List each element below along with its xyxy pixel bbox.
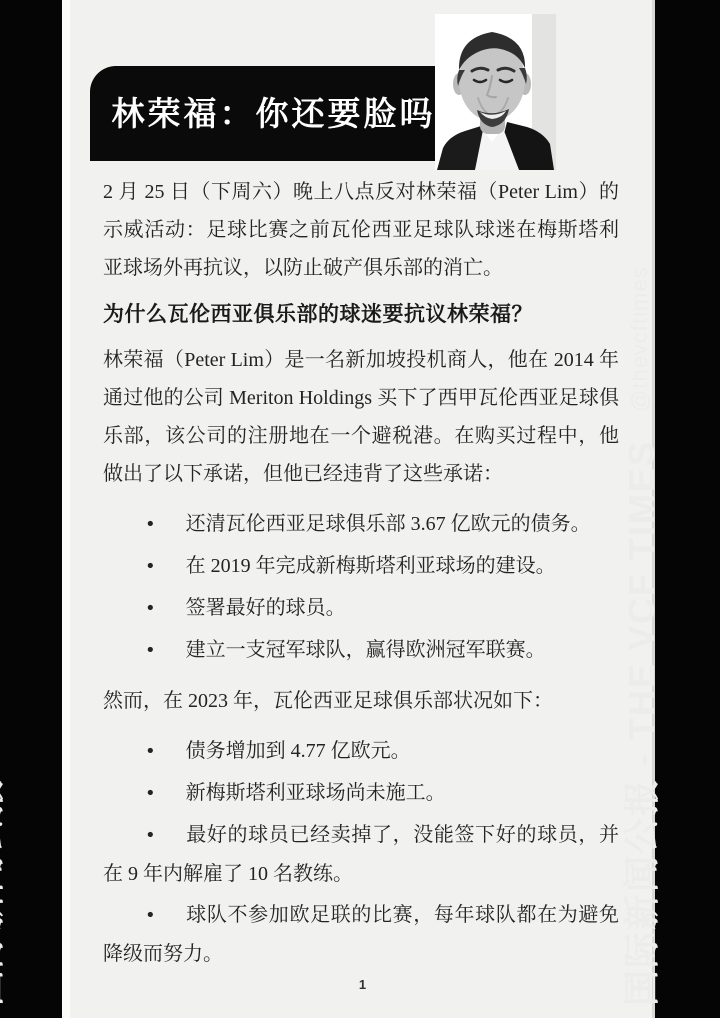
peter-lim-photo (435, 14, 556, 170)
list-item-text: 在 2019 年完成新梅斯塔利亚球场的建设。 (186, 555, 556, 577)
list-item-text: 签署最好的球员。 (186, 597, 346, 619)
list-item-text: 最好的球员已经卖掉了，没能签下好的球员，并在 9 年内解雇了 10 名教练。 (103, 824, 619, 885)
list-item: •在 2019 年完成新梅斯塔利亚球场的建设。 (103, 547, 619, 586)
list-item-text: 债务增加到 4.77 亿欧元。 (186, 740, 411, 762)
bullet-icon: • (145, 598, 156, 619)
article-title: 林荣福：你还要脸吗？ (112, 94, 472, 133)
list-item: •债务增加到 4.77 亿欧元。 (103, 732, 619, 771)
list-item: •最好的球员已经卖掉了，没能签下好的球员，并在 9 年内解雇了 10 名教练。 (103, 816, 619, 893)
status-paragraph: 然而，在 2023 年，瓦伦西亚足球俱乐部状况如下： (103, 682, 619, 720)
bullet-icon: • (145, 825, 156, 846)
bullet-icon: • (145, 640, 156, 661)
list-item-text: 建立一支冠军球队，赢得欧洲冠军联赛。 (186, 639, 546, 661)
list-item-text: 还清瓦伦西亚足球俱乐部 3.67 亿欧元的债务。 (186, 513, 591, 535)
left-masthead-text-group: 国际新闻公报 - THE VCF TIMES @thevcftimes (0, 266, 10, 1006)
list-item: •签署最好的球员。 (103, 589, 619, 628)
list-item: •球队不参加欧足联的比赛，每年球队都在为避免降级而努力。 (103, 896, 619, 973)
list-item: •还清瓦伦西亚足球俱乐部 3.67 亿欧元的债务。 (103, 505, 619, 544)
masthead-title: 国际新闻公报 - THE VCF TIMES (0, 440, 10, 1006)
list-item-text: 新梅斯塔利亚球场尚未施工。 (186, 782, 446, 804)
section-heading: 为什么瓦伦西亚俱乐部的球迷要抗议林荣福？ (103, 299, 619, 331)
list-item-text: 球队不参加欧足联的比赛，每年球队都在为避免降级而努力。 (103, 904, 619, 965)
list-item: •建立一支冠军球队，赢得欧洲冠军联赛。 (103, 631, 619, 670)
flyer-page: 国际新闻公报 - THE VCF TIMES @thevcftimes 国际新闻… (0, 0, 720, 1018)
left-masthead-bar: 国际新闻公报 - THE VCF TIMES @thevcftimes (0, 0, 62, 1018)
promises-list: •还清瓦伦西亚足球俱乐部 3.67 亿欧元的债务。 •在 2019 年完成新梅斯… (103, 505, 619, 670)
list-item: •新梅斯塔利亚球场尚未施工。 (103, 774, 619, 813)
title-banner: 林荣福：你还要脸吗？ (90, 66, 493, 161)
bullet-icon: • (145, 741, 156, 762)
bullet-icon: • (145, 783, 156, 804)
left-divider-strip (62, 0, 70, 1018)
background-paragraph: 林荣福（Peter Lim）是一名新加坡投机商人，他在 2014 年通过他的公司… (103, 341, 619, 493)
bullet-icon: • (145, 905, 156, 926)
page-number: 1 (70, 977, 655, 992)
bullet-icon: • (145, 556, 156, 577)
status-list: •债务增加到 4.77 亿欧元。 •新梅斯塔利亚球场尚未施工。 •最好的球员已经… (103, 732, 619, 973)
portrait-illustration (435, 14, 556, 170)
right-masthead-bar: 国际新闻公报 - THE VCF TIMES @thevcftimes (655, 0, 720, 1018)
bullet-icon: • (145, 514, 156, 535)
intro-paragraph: 2 月 25 日（下周六）晚上八点反对林荣福（Peter Lim）的示威活动：足… (103, 173, 619, 287)
article-content: 林荣福：你还要脸吗？ 2 月 25 日（下周六）晚上八点反对林荣福（Peter … (70, 0, 655, 1018)
